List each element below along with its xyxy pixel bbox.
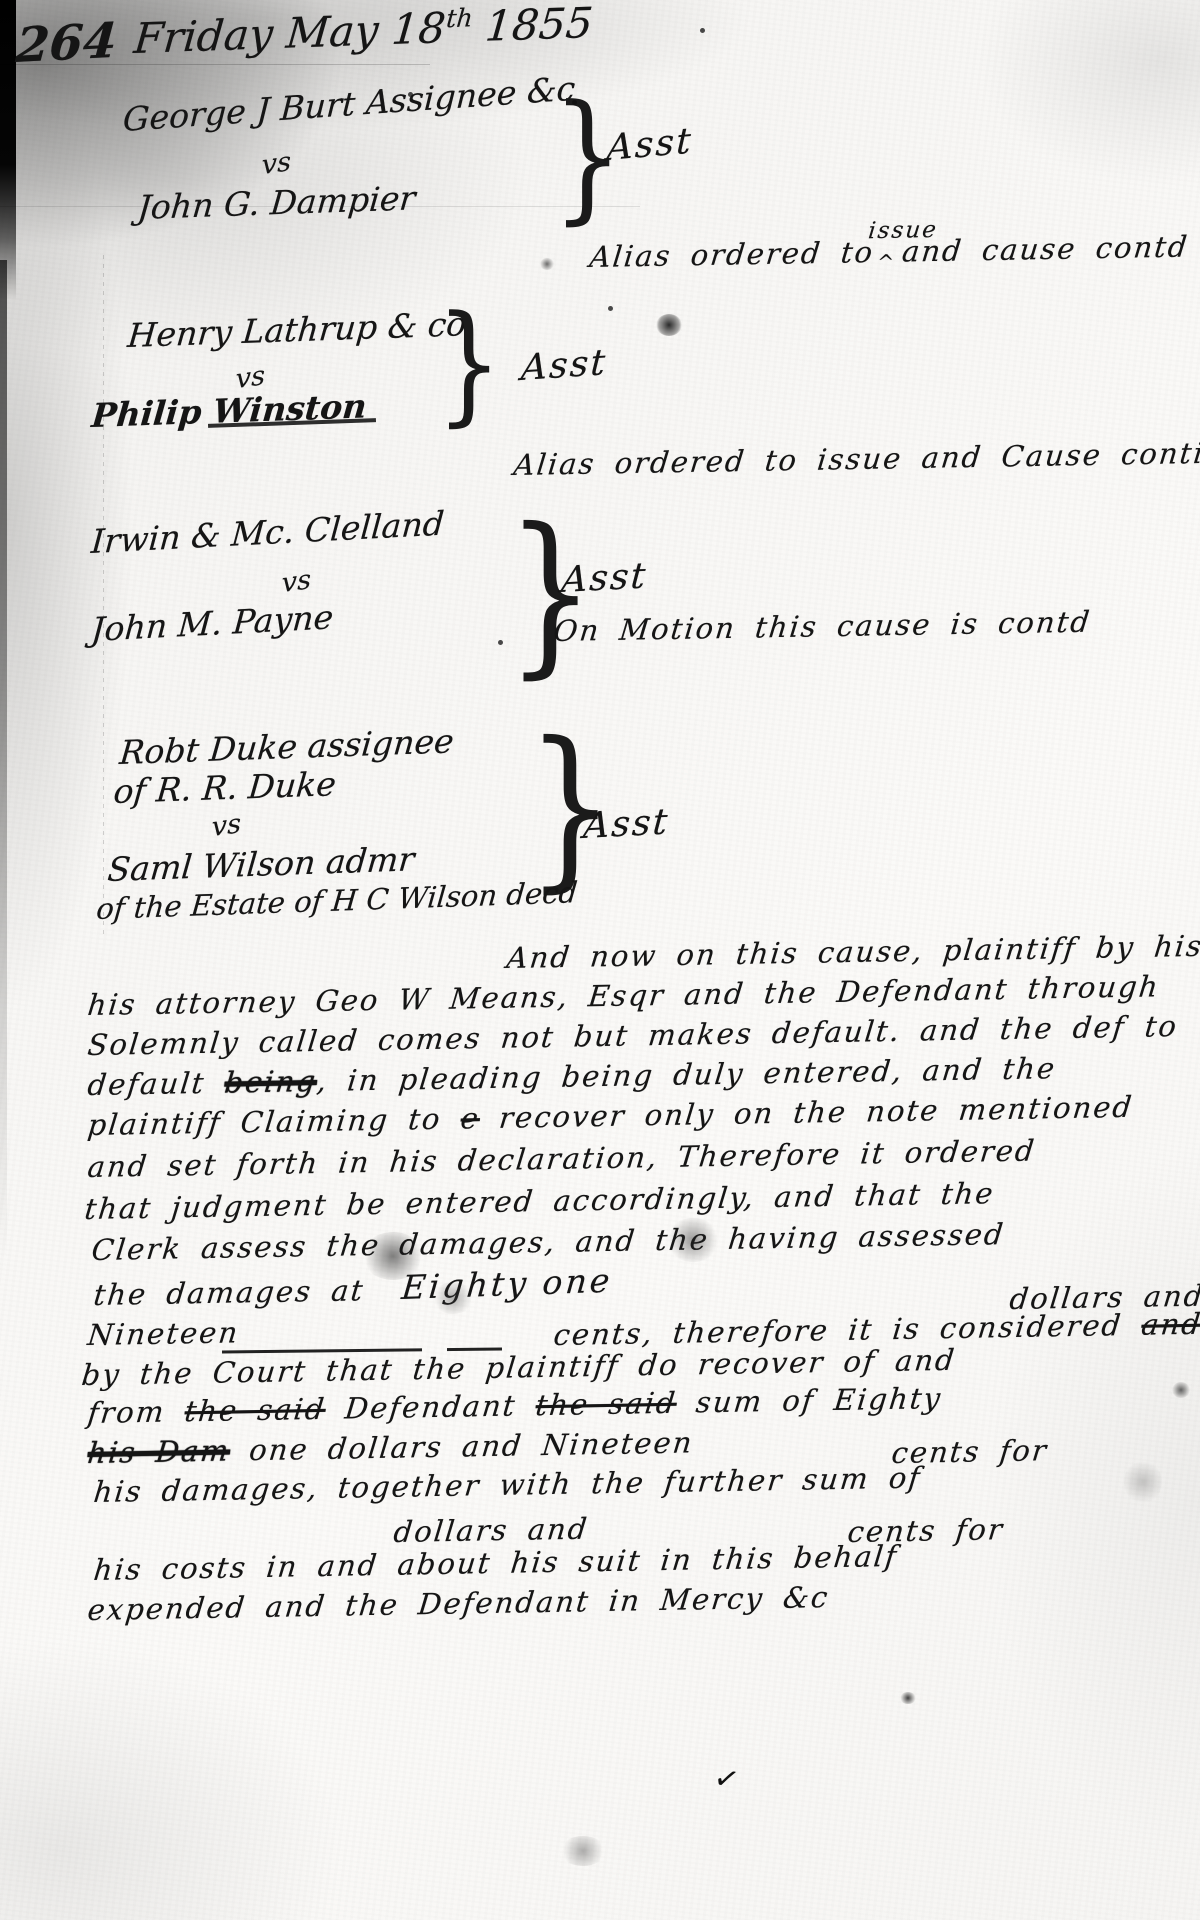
- date-day: Friday: [132, 9, 275, 63]
- case4-versus: vs: [211, 808, 241, 843]
- smudge: [1124, 1460, 1162, 1504]
- judgment-line: his Dam one dollars and Nineteen: [86, 1425, 695, 1470]
- scan-edge-shadow-lower: [0, 260, 7, 1260]
- ink-dot: [540, 258, 554, 270]
- smudge: [560, 1836, 606, 1866]
- case2-action-type: Asst: [520, 342, 608, 389]
- inserted-word: issue: [867, 217, 939, 244]
- judgment-line: his damages, together with the further s…: [92, 1461, 923, 1509]
- date-month-day: May 18: [284, 3, 447, 58]
- insertion-caret-icon: ^: [876, 250, 897, 274]
- judgment-line: and set forth in his declaration, Theref…: [86, 1133, 1038, 1184]
- judgment-amount-dollars: Eighty one: [400, 1261, 614, 1307]
- speck: [608, 306, 613, 311]
- speck: [700, 28, 705, 33]
- speck: [498, 640, 503, 645]
- judgment-line: the damages at: [92, 1273, 366, 1312]
- case2-brace: }: [436, 287, 502, 440]
- judgment-amount-cents: Nineteen: [86, 1315, 241, 1352]
- judgment-line: And now on this cause, plaintiff by his: [505, 929, 1200, 975]
- ink-flourish-mark: ✓: [711, 1760, 743, 1799]
- order-prefix: Alias ordered to: [588, 235, 876, 274]
- scan-edge-shadow: [0, 0, 16, 300]
- judgment-line: that judgment be entered accordingly, an…: [83, 1176, 996, 1226]
- case4-plaintiff-line2: of R. R. Duke: [112, 764, 338, 811]
- case3-action-type: Asst: [560, 556, 649, 601]
- order-suffix: and cause contd: [900, 230, 1190, 269]
- case2-order-note: Alias ordered to issue and Cause continu…: [512, 435, 1200, 482]
- speck: [572, 100, 577, 105]
- case3-plaintiff: Irwin & Mc. Clelland: [90, 504, 445, 561]
- page-number: 264: [14, 13, 119, 74]
- case1-action-type: Asst: [606, 121, 693, 169]
- case2-defendant: Philip Winston: [90, 386, 368, 435]
- ink-dot: [900, 1692, 916, 1704]
- case1-defendant: John G. Dampier: [136, 178, 417, 227]
- case1-plaintiff: George J Burt Assignee &c: [122, 69, 576, 139]
- case3-defendant: John M. Payne: [90, 597, 335, 649]
- judgment-line: dollars and: [392, 1512, 590, 1549]
- judgment-line: expended and the Defendant in Mercy &c: [86, 1580, 831, 1627]
- ink-blot: [656, 314, 682, 336]
- scanned-ledger-page: 264 Friday May 18th 1855 George J Burt A…: [0, 0, 1200, 1920]
- date-heading: Friday May 18th 1855: [132, 0, 595, 63]
- case3-order-note: On Motion this cause is contd: [552, 605, 1093, 648]
- judgment-line: Clerk assess the damages, and the having…: [90, 1217, 1007, 1267]
- case3-versus: vs: [281, 564, 311, 599]
- speck: [408, 92, 413, 97]
- date-ordinal: th: [445, 3, 474, 33]
- margin-line: [103, 255, 104, 935]
- ink-dot: [1172, 1382, 1190, 1398]
- date-year: 1855: [483, 0, 595, 51]
- judgment-line: his costs in and about his suit in this …: [92, 1539, 900, 1587]
- case1-order-note: Alias ordered to^issueand cause contd: [588, 230, 1190, 274]
- case1-versus: vs: [261, 146, 291, 181]
- case2-plaintiff: Henry Lathrup & co: [126, 304, 468, 355]
- case4-plaintiff-line1: Robt Duke assignee: [118, 721, 456, 772]
- case4-action-type: Asst: [582, 802, 671, 847]
